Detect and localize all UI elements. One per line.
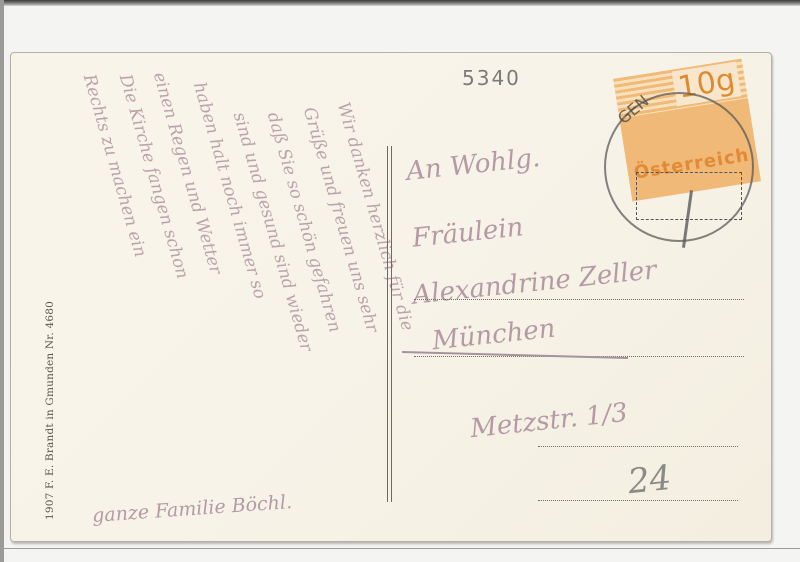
- address-dotted-line: [414, 299, 744, 300]
- scan-edge-left: [0, 0, 4, 562]
- address-dotted-line: [538, 500, 738, 501]
- archive-number: 5340: [462, 66, 521, 90]
- scan-edge-top: [0, 0, 800, 6]
- address-divider: [387, 146, 392, 502]
- address-number: 24: [626, 458, 673, 502]
- scan-edge-bottom: [0, 548, 800, 549]
- address-dotted-line: [538, 446, 738, 447]
- publisher-imprint: 1907 F. E. Brandt in Gmunden Nr. 4680: [44, 301, 56, 520]
